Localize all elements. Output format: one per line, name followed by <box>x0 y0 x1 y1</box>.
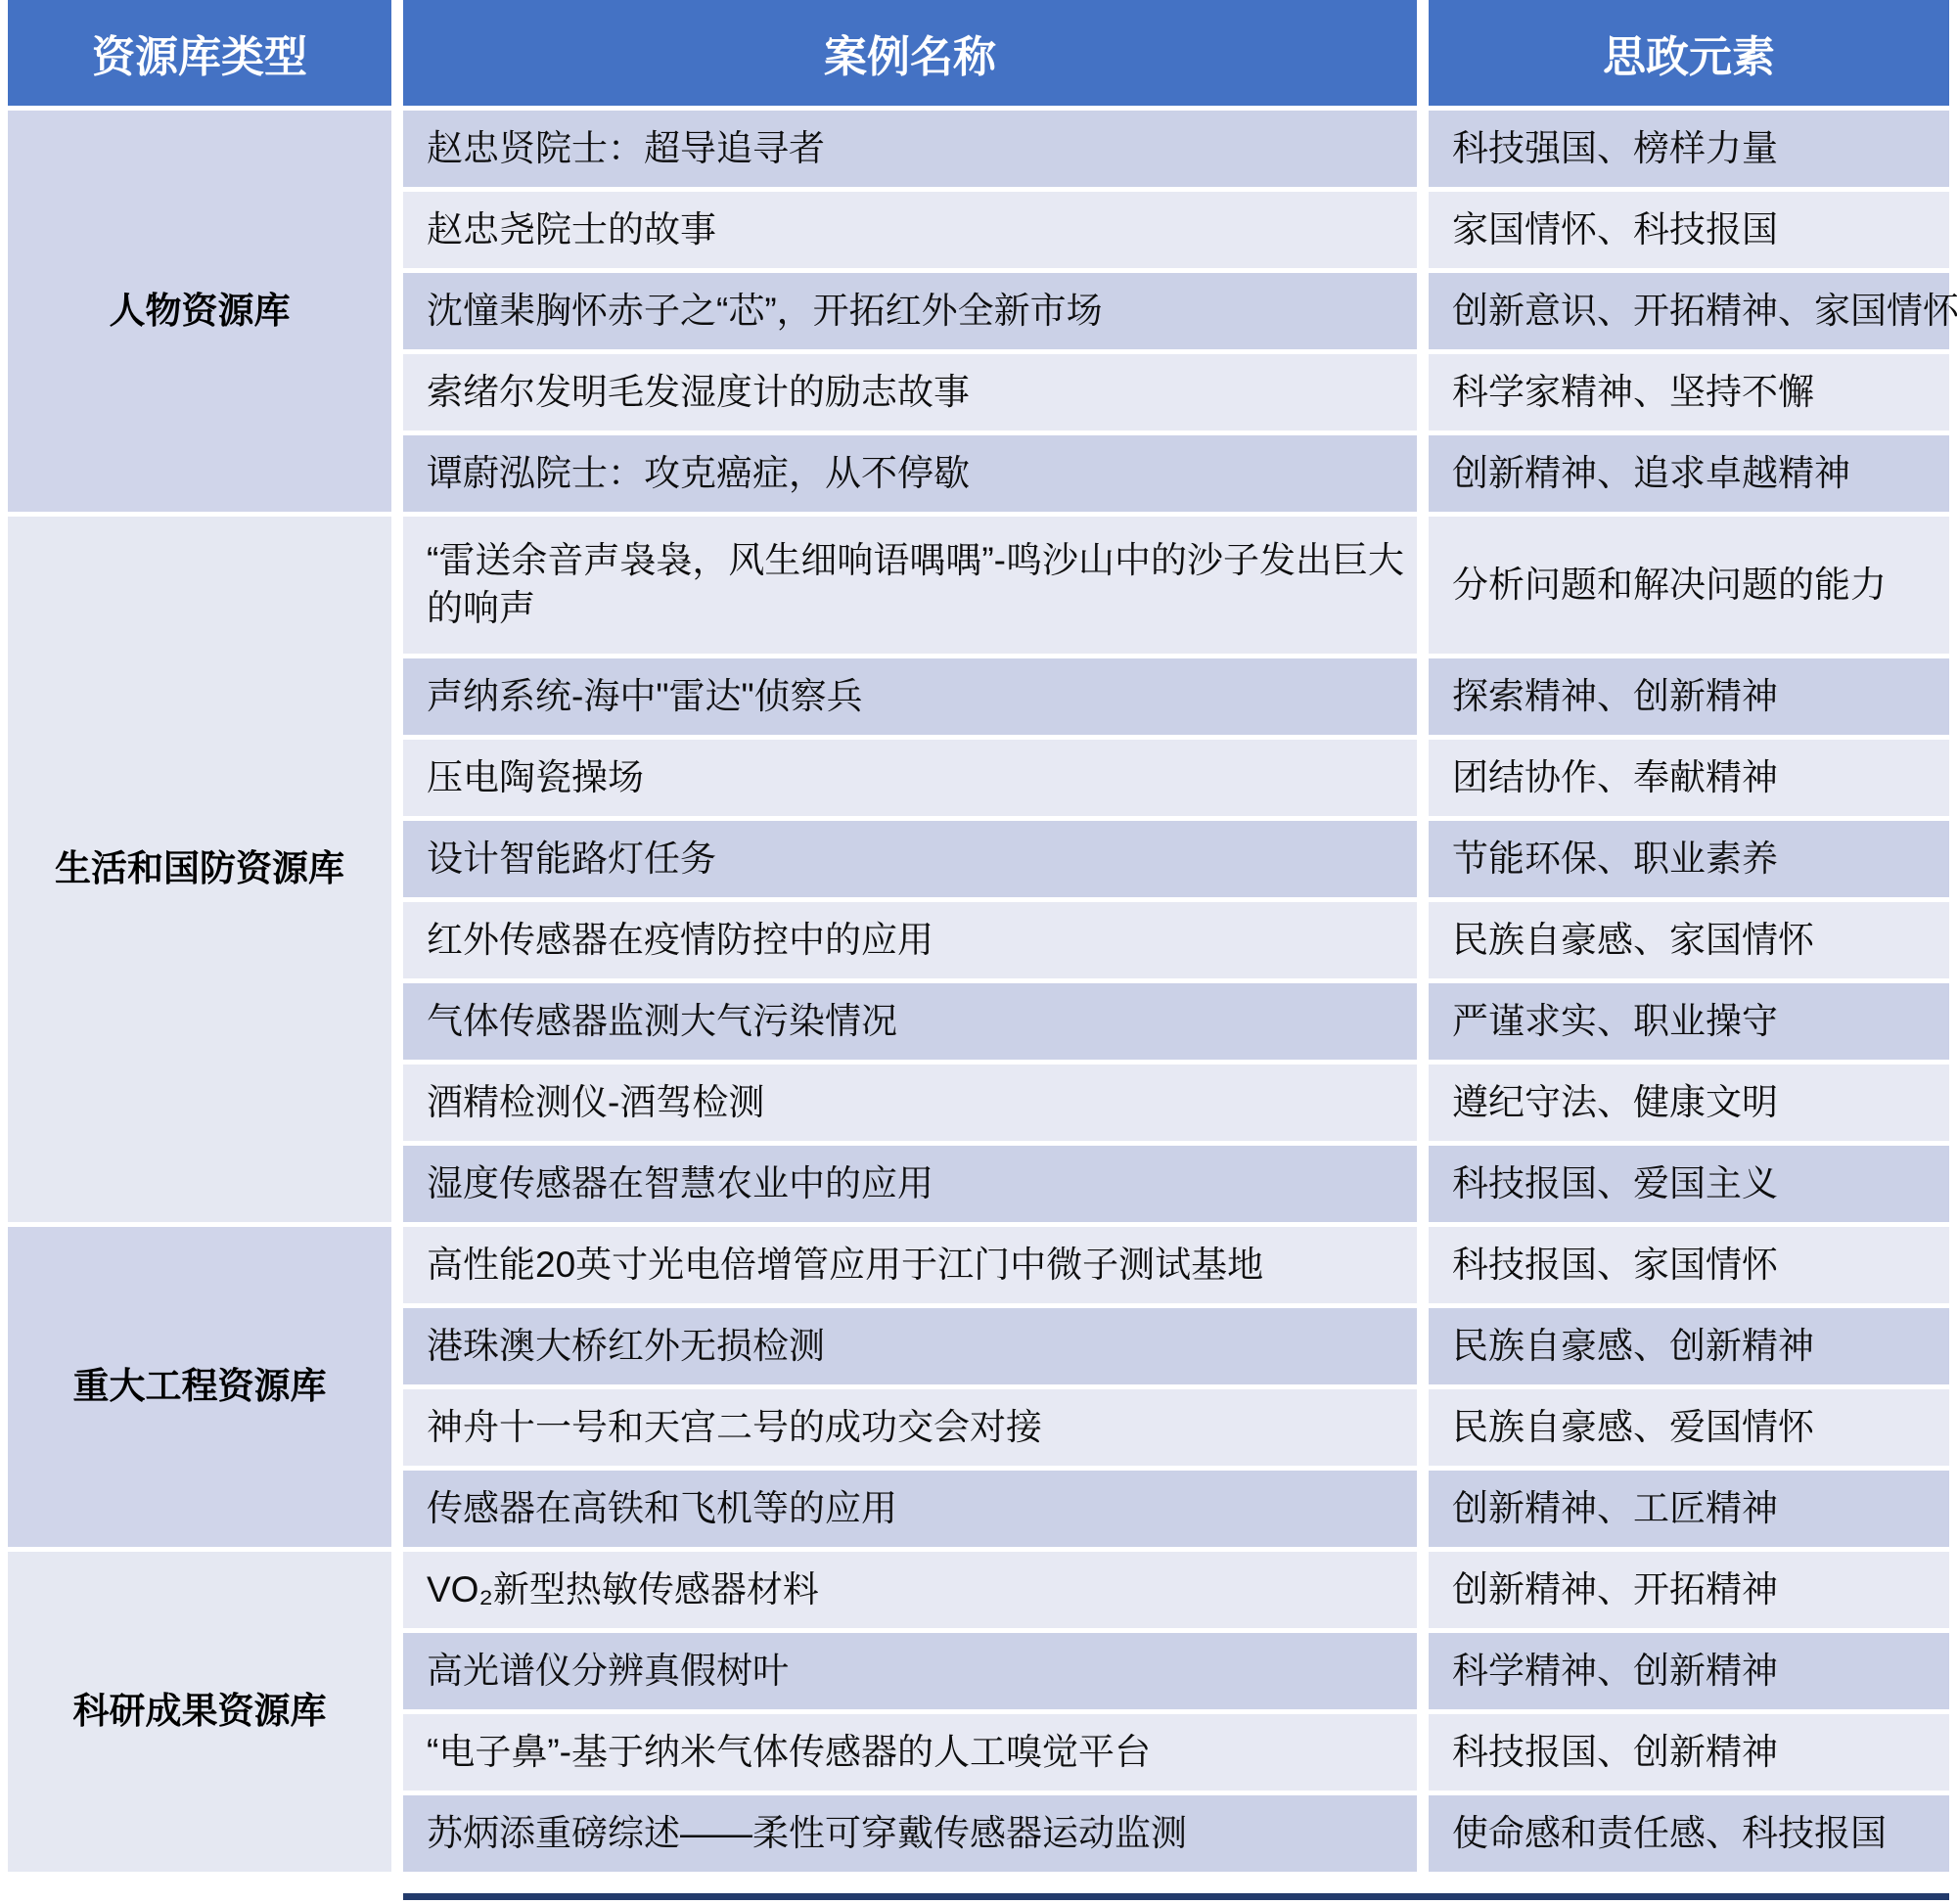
case-cell: 湿度传感器在智慧农业中的应用 <box>403 1146 1417 1222</box>
elements-cell: 探索精神、创新精神 <box>1429 658 1949 735</box>
case-cell: “雷送余音声袅袅，风生细响语喁喁”-鸣沙山中的沙子发出巨大的响声 <box>403 517 1417 654</box>
group-label-people: 人物资源库 <box>8 111 391 512</box>
elements-cell: 团结协作、奉献精神 <box>1429 740 1949 816</box>
case-cell: 沈憧棐胸怀赤子之“芯”，开拓红外全新市场 <box>403 273 1417 349</box>
elements-cell: 科学家精神、坚持不懈 <box>1429 354 1949 431</box>
elements-cell: 节能环保、职业素养 <box>1429 821 1949 897</box>
elements-cell: 严谨求实、职业操守 <box>1429 983 1949 1060</box>
case-cell: VO₂新型热敏传感器材料 <box>403 1552 1417 1628</box>
case-cell: 设计智能路灯任务 <box>403 821 1417 897</box>
case-cell: 赵忠贤院士：超导追寻者 <box>403 111 1417 187</box>
elements-cell: 创新意识、开拓精神、家国情怀 <box>1429 273 1949 349</box>
case-cell: 传感器在高铁和飞机等的应用 <box>403 1471 1417 1547</box>
elements-cell: 科技报国、家国情怀 <box>1429 1227 1949 1303</box>
case-cell: 神舟十一号和天宫二号的成功交会对接 <box>403 1389 1417 1466</box>
header-cell-case: 案例名称 <box>403 0 1417 106</box>
case-cell: 红外传感器在疫情防控中的应用 <box>403 902 1417 978</box>
case-cell: 港珠澳大桥红外无损检测 <box>403 1308 1417 1384</box>
elements-cell: 民族自豪感、家国情怀 <box>1429 902 1949 978</box>
case-cell: 赵忠尧院士的故事 <box>403 192 1417 268</box>
elements-cell: 民族自豪感、爱国情怀 <box>1429 1389 1949 1466</box>
table-bottom-border <box>403 1893 1949 1900</box>
case-cell: 索绪尔发明毛发湿度计的励志故事 <box>403 354 1417 431</box>
case-cell: 苏炳添重磅综述——柔性可穿戴传感器运动监测 <box>403 1795 1417 1872</box>
resource-case-table: 资源库类型 案例名称 思政元素 人物资源库 生活和国防资源库 重大工程资源库 科… <box>8 0 1949 1872</box>
case-cell: 高光谱仪分辨真假树叶 <box>403 1633 1417 1709</box>
case-cell: 谭蔚泓院士：攻克癌症，从不停歇 <box>403 435 1417 512</box>
elements-cell: 科技强国、榜样力量 <box>1429 111 1949 187</box>
header-cell-elements: 思政元素 <box>1429 0 1949 106</box>
elements-cell: 分析问题和解决问题的能力 <box>1429 517 1949 654</box>
header-cell-type: 资源库类型 <box>8 0 391 106</box>
group-label-life-defense: 生活和国防资源库 <box>8 517 391 1222</box>
case-cell: 高性能20英寸光电倍增管应用于江门中微子测试基地 <box>403 1227 1417 1303</box>
case-cell: 酒精检测仪-酒驾检测 <box>403 1065 1417 1141</box>
case-cell: 气体传感器监测大气污染情况 <box>403 983 1417 1060</box>
elements-cell: 民族自豪感、创新精神 <box>1429 1308 1949 1384</box>
case-cell: “电子鼻”-基于纳米气体传感器的人工嗅觉平台 <box>403 1714 1417 1791</box>
elements-cell: 遵纪守法、健康文明 <box>1429 1065 1949 1141</box>
case-cell: 声纳系统-海中"雷达"侦察兵 <box>403 658 1417 735</box>
elements-cell: 创新精神、工匠精神 <box>1429 1471 1949 1547</box>
case-cell: 压电陶瓷操场 <box>403 740 1417 816</box>
elements-cell: 创新精神、追求卓越精神 <box>1429 435 1949 512</box>
elements-cell: 创新精神、开拓精神 <box>1429 1552 1949 1628</box>
elements-cell: 使命感和责任感、科技报国 <box>1429 1795 1949 1872</box>
elements-cell: 家国情怀、科技报国 <box>1429 192 1949 268</box>
elements-cell: 科技报国、创新精神 <box>1429 1714 1949 1791</box>
group-label-major-projects: 重大工程资源库 <box>8 1227 391 1547</box>
elements-cell: 科学精神、创新精神 <box>1429 1633 1949 1709</box>
elements-cell: 科技报国、爱国主义 <box>1429 1146 1949 1222</box>
slide-table-page: 资源库类型 案例名称 思政元素 人物资源库 生活和国防资源库 重大工程资源库 科… <box>0 0 1957 1904</box>
group-label-research: 科研成果资源库 <box>8 1552 391 1872</box>
